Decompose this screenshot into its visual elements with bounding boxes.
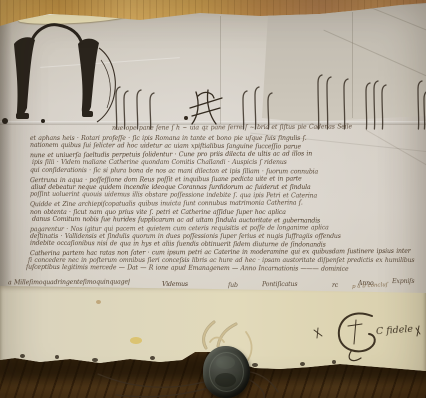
seal-relief-figure [215, 373, 236, 387]
seal-relief-figure [216, 356, 235, 369]
photo-of-parchment-charter: nue ope pane ſene ſ h ∼ uia qz pane ſerr… [0, 0, 426, 398]
wax-seal [203, 346, 250, 398]
seal-cords [0, 0, 426, 398]
